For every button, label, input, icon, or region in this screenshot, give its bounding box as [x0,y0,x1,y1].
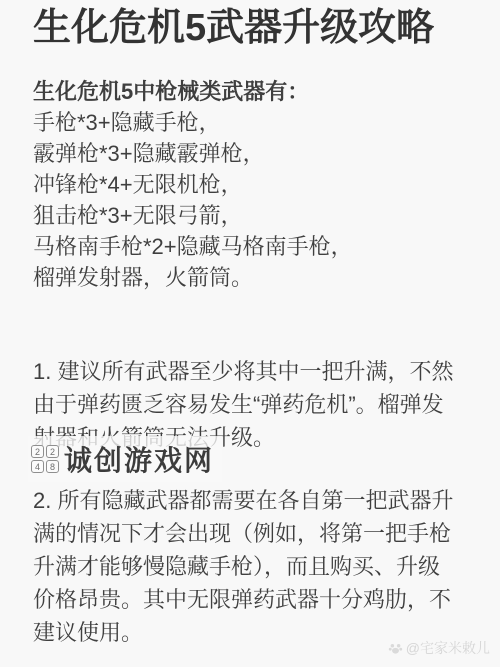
author-watermark: @宅家米敕儿 [388,638,490,658]
tip-paragraph-2: 2. 所有隐藏武器都需要在各自第一把武器升 满的情况下才会出现（例如，将第一把手… [33,484,468,649]
weapon-list-item: 马格南手枪*2+隐藏马格南手枪， [33,231,468,262]
weapon-list-item: 榴弹发射器，火箭筒。 [33,262,468,293]
author-watermark-text: @宅家米敕儿 [406,638,490,658]
paw-icon [388,641,403,656]
grid-icon-digit: 2 [31,445,44,458]
weapon-section-heading: 生化危机5中枪械类武器有： [33,76,468,107]
page-title: 生化危机5武器升级攻略 [33,6,468,52]
site-watermark: 2 2 4 8 诚创游戏网 [28,436,222,482]
weapon-section: 生化危机5中枪械类武器有： 手枪*3+隐藏手枪， 霰弹枪*3+隐藏霰弹枪， 冲锋… [33,76,468,293]
article-body: 生化危机5武器升级攻略 生化危机5中枪械类武器有： 手枪*3+隐藏手枪， 霰弹枪… [0,0,500,649]
2248-grid-icon: 2 2 4 8 [31,445,59,473]
grid-icon-digit: 8 [46,460,59,473]
weapon-list-item: 冲锋枪*4+无限机枪， [33,169,468,200]
grid-icon-digit: 2 [46,445,59,458]
weapon-list-item: 手枪*3+隐藏手枪， [33,107,468,138]
grid-icon-digit: 4 [31,460,44,473]
article-page: { "article": { "title": "生化危机5武器升级攻略", "… [0,0,500,667]
weapon-list-item: 霰弹枪*3+隐藏霰弹枪， [33,138,468,169]
weapon-list-item: 狙击枪*3+无限弓箭， [33,200,468,231]
site-watermark-text: 诚创游戏网 [64,439,214,479]
